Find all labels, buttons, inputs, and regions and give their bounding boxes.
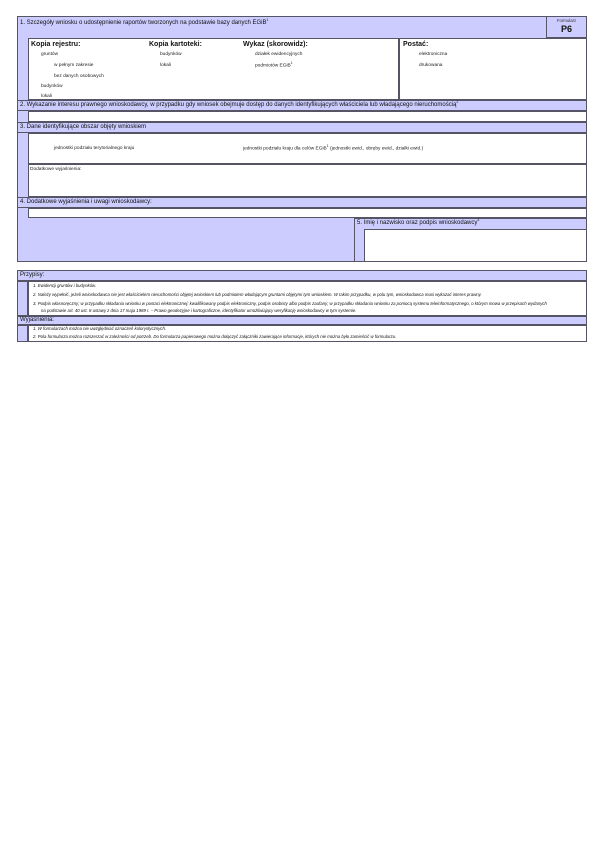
applicant-remarks-field[interactable] (28, 208, 587, 218)
explanations-list: 1. W formularzach można nie uwzględniać … (28, 325, 587, 342)
register-copy-heading: Kopia rejestru: (31, 40, 80, 49)
explanation-1: 1. W formularzach można nie uwzględniać … (33, 326, 166, 332)
checkbox-register-buildings[interactable]: budynków (41, 84, 63, 90)
explanations-header (17, 316, 587, 325)
signature-field[interactable] (364, 229, 587, 262)
file-copy-heading: Kopia kartoteki: (149, 40, 202, 49)
footnote-3-cont: na podstawie art. 40 ust. 8 ustawy z dni… (41, 308, 356, 314)
area-extra-field[interactable] (28, 164, 587, 197)
section3-title: 3. Dane identyfikujące obszar objęty wni… (20, 123, 146, 131)
checkbox-file-premises[interactable]: lokali (160, 63, 171, 69)
section2-title: 2. Wykazanie interesu prawnego wnioskoda… (20, 101, 458, 109)
checkbox-egib-units[interactable]: jednostki podziału kraju dla celów EGiB1… (243, 146, 423, 153)
footnotes-header (17, 270, 587, 281)
footnotes-list: 1. Ewidencji gruntów i budynków. 2. Nale… (28, 281, 587, 316)
checkbox-printed[interactable]: drukowana (419, 63, 442, 69)
section1-content (28, 38, 399, 100)
checkbox-register-full[interactable]: w pełnym zakresie (54, 63, 93, 69)
explanations-left-gutter (17, 325, 28, 342)
form-type-heading: Postać: (403, 40, 428, 49)
checkbox-index-subjects[interactable]: podmiotów EGiB1 (255, 63, 293, 70)
form-code-box: Formularz P6 (546, 16, 587, 38)
footnote-2: 2. Należy wypełnić, jeżeli wnioskodawca … (33, 292, 482, 298)
checkbox-register-no-personal[interactable]: bez danych osobowych (54, 74, 104, 80)
section1-title: 1. Szczegóły wniosku o udostępnienie rap… (20, 19, 268, 27)
checkbox-electronic[interactable]: elektroniczna (419, 52, 447, 58)
checkbox-territorial-units[interactable]: jednostki podziału terytorialnego kraju (54, 146, 134, 152)
form-code: P6 (547, 24, 586, 35)
footnote-3: 3. Podpis własnoręczny; w przypadku skła… (33, 301, 547, 307)
explanation-2: 2. Pola formularza można rozszerzać w za… (33, 334, 396, 340)
checkbox-index-parcels[interactable]: działek ewidencyjnych (255, 52, 302, 58)
checkbox-file-buildings[interactable]: budynków (160, 52, 182, 58)
area-extra-label: Dodatkowe wyjaśnienia: (30, 167, 81, 173)
legal-interest-field[interactable] (28, 111, 587, 122)
footnotes-title: Przypisy: (20, 271, 44, 279)
footnote-1: 1. Ewidencji gruntów i budynków. (33, 283, 96, 289)
section4-title: 4. Dodatkowe wyjaśnienia i uwagi wniosko… (20, 198, 152, 206)
checkbox-register-land[interactable]: gruntów (41, 52, 58, 58)
section5-title: 5. Imię i nazwisko oraz podpis wnioskoda… (357, 219, 479, 227)
index-heading: Wykaz (skorowidz): (243, 40, 308, 49)
explanations-title: Wyjaśnienia: (20, 316, 54, 324)
footnotes-left-gutter (17, 281, 28, 316)
